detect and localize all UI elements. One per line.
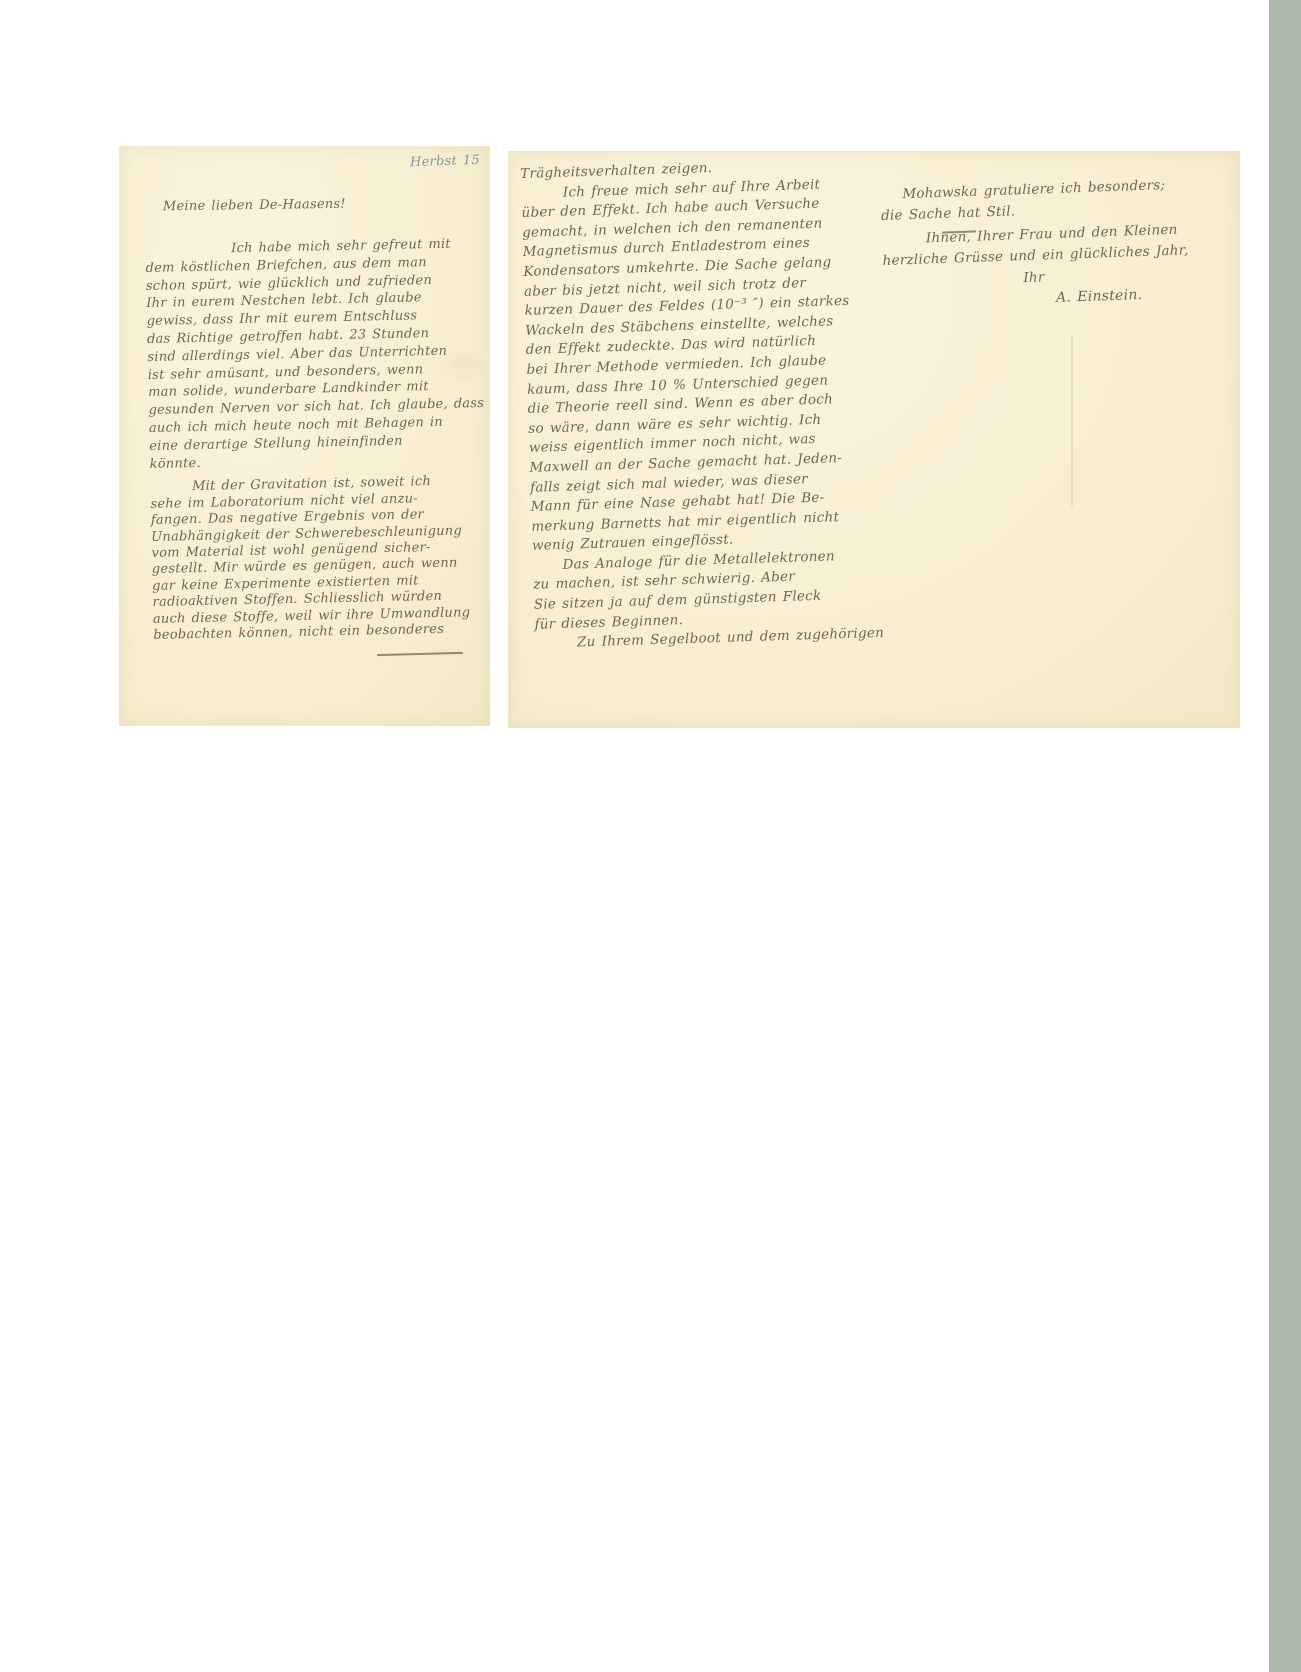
page1-text-block: Ich habe mich sehr gefreut mit dem köstl… <box>145 235 503 645</box>
paper-smudge <box>434 346 494 386</box>
fold-crease <box>1071 336 1073 506</box>
paragraph: Mit der Gravitation ist, soweit ich sehe… <box>150 473 503 644</box>
page2-right-column: Mohawska gratuliere ich besonders; die S… <box>880 175 1184 314</box>
salutation: Meine lieben De-Haasens! <box>163 197 346 215</box>
side-color-bar <box>1269 0 1301 1672</box>
letter-page-2: Trägheitsverhalten zeigen. Ich freue mic… <box>508 151 1240 728</box>
archival-note: Herbst 15 <box>410 153 480 170</box>
scanned-letter-view: { "colors": { "backdrop": "#ffffff", "si… <box>0 0 1301 1672</box>
page2-left-column: Trägheitsverhalten zeigen. Ich freue mic… <box>520 154 891 655</box>
underline-mark <box>377 652 463 656</box>
letter-page-1: Herbst 15 Meine lieben De-Haasens! Ich h… <box>119 146 490 726</box>
